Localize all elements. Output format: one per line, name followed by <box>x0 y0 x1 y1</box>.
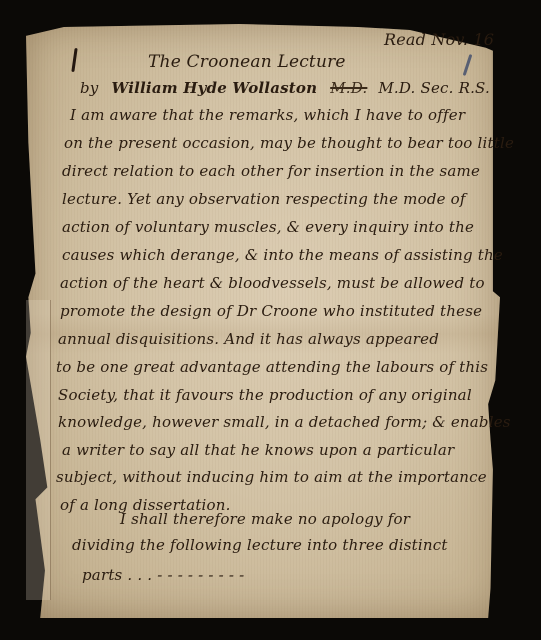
text-line: action of voluntary muscles, & every inq… <box>62 218 474 236</box>
text-line: promote the design of Dr Croone who inst… <box>60 302 482 320</box>
text-line: causes which derange, & into the means o… <box>62 246 503 264</box>
text-line: a writer to say all that he knows upon a… <box>62 441 454 459</box>
byline: by William Hyde Wollaston M.D. M.D. Sec.… <box>80 79 490 97</box>
author-name: William Hyde Wollaston <box>111 79 317 97</box>
text-line: parts . . . - - - - - - - - - <box>82 566 244 584</box>
document-title: The Croonean Lecture <box>148 52 346 72</box>
text-line: Society, that it favours the production … <box>58 386 472 404</box>
text-line: on the present occasion, may be thought … <box>64 134 514 152</box>
text-line: annual disquisitions. And it has always … <box>58 330 439 348</box>
byline-prefix: by <box>80 79 98 97</box>
text-line: subject, without inducing him to aim at … <box>56 468 487 486</box>
text-line: dividing the following lecture into thre… <box>72 536 448 554</box>
text-line: lecture. Yet any observation respecting … <box>62 190 466 208</box>
read-date: Read Nov. 16 <box>384 30 494 49</box>
text-line: I shall therefore make no apology for <box>120 510 410 528</box>
scan-viewer: Read Nov. 16 The Croonean Lecture by Wil… <box>0 0 541 640</box>
struck-credential: M.D. <box>330 79 367 97</box>
text-line: to be one great advantage attending the … <box>56 358 488 376</box>
author-credentials: M.D. Sec. R.S. <box>378 79 490 97</box>
text-line: action of the heart & bloodvessels, must… <box>60 274 485 292</box>
text-line: direct relation to each other for insert… <box>62 162 480 180</box>
text-line: knowledge, however small, in a detached … <box>58 413 511 431</box>
text-line: I am aware that the remarks, which I hav… <box>70 106 465 124</box>
